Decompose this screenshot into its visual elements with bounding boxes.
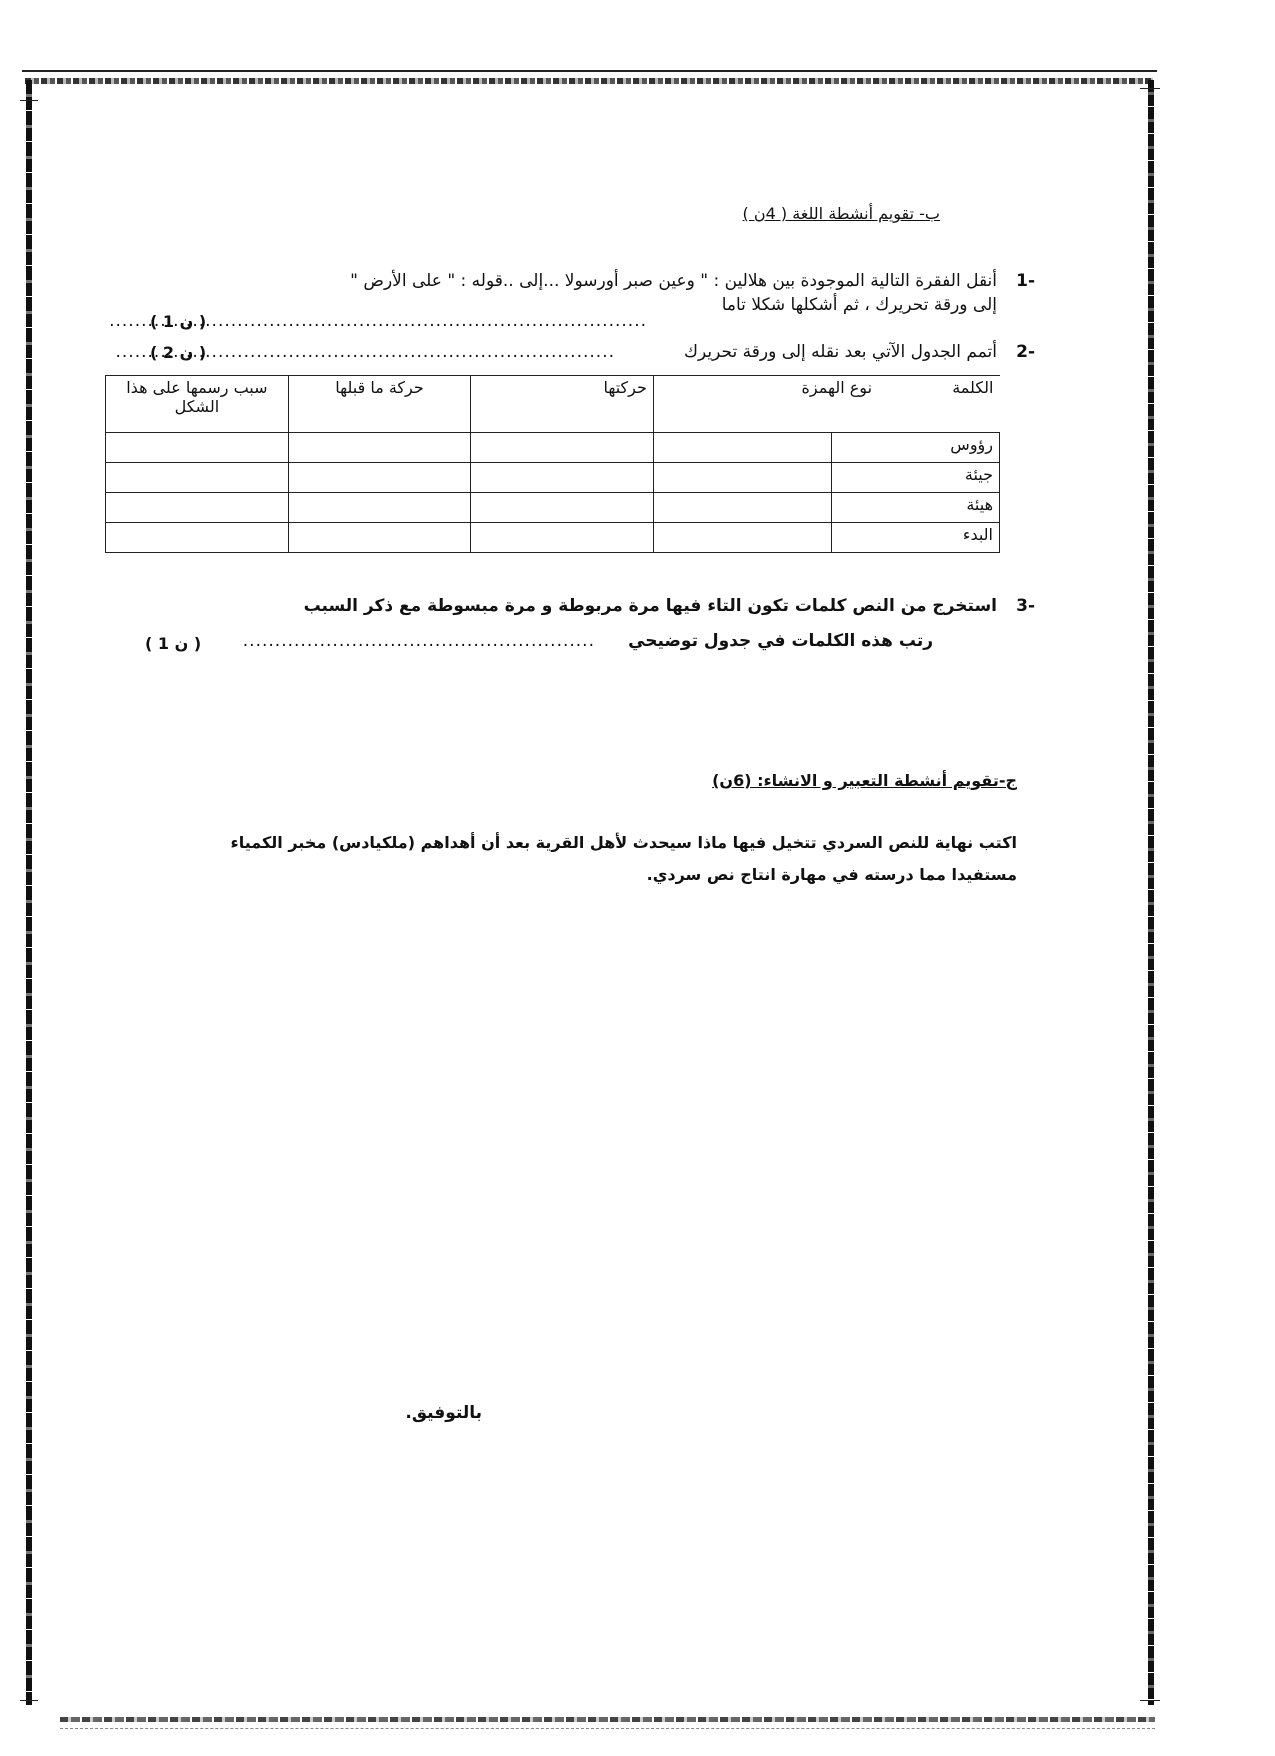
crop-mark: [20, 100, 38, 101]
hamza-table: الكلمة نوع الهمزة حركتها حركة ما قبلها س…: [105, 375, 1000, 553]
section-c-heading: ج-تقويم أنشطة التعبير و الانشاء: (6ن): [712, 770, 1017, 792]
cell-haraka-before[interactable]: [288, 433, 471, 463]
question-3-text: استخرج من النص كلمات تكون التاء فيها مرة…: [304, 595, 997, 617]
closing-text: بالتوفيق.: [405, 1402, 482, 1424]
question-1-text: أنقل الفقرة التالية الموجودة بين هلالين …: [350, 270, 997, 292]
table-row: جيئة: [106, 463, 1000, 493]
cell-hamza-type[interactable]: [653, 463, 831, 493]
question-2-mark: ( 2 ن ): [150, 343, 206, 362]
page-border-top: [25, 78, 1153, 84]
section-b-heading: ب- تقويم أنشطة اللغة ( 4ن ): [743, 203, 940, 225]
cell-haraka[interactable]: [471, 493, 654, 523]
page-border-right: [1148, 80, 1154, 1705]
cell-haraka-before[interactable]: [288, 463, 471, 493]
table-row: هيئة: [106, 493, 1000, 523]
cell-haraka-before[interactable]: [288, 523, 471, 553]
section-c-text: اكتب نهاية للنص السردي تتخيل فيها ماذا س…: [231, 832, 1017, 854]
crop-mark: [1140, 88, 1160, 89]
cell-word: رؤوس: [831, 433, 999, 463]
header-word: الكلمة: [952, 378, 993, 397]
question-3-answer-dots: ........................................…: [243, 630, 595, 652]
cell-reason[interactable]: [106, 463, 289, 493]
crop-mark: [1140, 1700, 1160, 1701]
cell-haraka[interactable]: [471, 433, 654, 463]
cell-reason[interactable]: [106, 493, 289, 523]
question-1-number: -1: [1016, 270, 1035, 292]
question-1-text-line2: إلى ورقة تحريرك ، ثم أشكلها شكلا تاما: [722, 294, 997, 316]
question-3-text-line2: رتب هذه الكلمات في جدول توضيحي: [628, 630, 933, 652]
table-row: البدء: [106, 523, 1000, 553]
page-border-left: [26, 80, 32, 1705]
question-3-mark: ( 1 ن ): [145, 634, 201, 653]
page-border-bottom-inner: [60, 1728, 1155, 1729]
page-border-bottom: [60, 1717, 1155, 1722]
header-haraka-before: حركة ما قبلها: [288, 376, 471, 433]
cell-word: هيئة: [831, 493, 999, 523]
cell-hamza-type[interactable]: [653, 523, 831, 553]
cell-hamza-type[interactable]: [653, 493, 831, 523]
crop-mark: [20, 1700, 38, 1701]
page-border-top-outer: [22, 70, 1157, 72]
cell-word: جيئة: [831, 463, 999, 493]
table-header-row: الكلمة نوع الهمزة حركتها حركة ما قبلها س…: [106, 376, 1000, 433]
question-3-number: -3: [1016, 595, 1035, 617]
cell-haraka[interactable]: [471, 463, 654, 493]
question-2-number: -2: [1016, 341, 1035, 363]
cell-haraka-before[interactable]: [288, 493, 471, 523]
header-hamza-type: نوع الهمزة: [802, 378, 873, 397]
cell-word: البدء: [831, 523, 999, 553]
question-1-mark: ( 1 ن ): [150, 312, 206, 331]
header-cell-word-type: الكلمة نوع الهمزة: [653, 376, 999, 433]
cell-hamza-type[interactable]: [653, 433, 831, 463]
section-c-text-line2: مستفيدا مما درسته في مهارة انتاج نص سردي…: [647, 864, 1017, 886]
cell-reason[interactable]: [106, 523, 289, 553]
table-row: رؤوس: [106, 433, 1000, 463]
header-haraka: حركتها: [471, 376, 654, 433]
header-reason: سبب رسمها على هذا الشكل: [106, 376, 289, 433]
question-2-text: أتمم الجدول الآتي بعد نقله إلى ورقة تحري…: [684, 341, 997, 363]
cell-haraka[interactable]: [471, 523, 654, 553]
cell-reason[interactable]: [106, 433, 289, 463]
